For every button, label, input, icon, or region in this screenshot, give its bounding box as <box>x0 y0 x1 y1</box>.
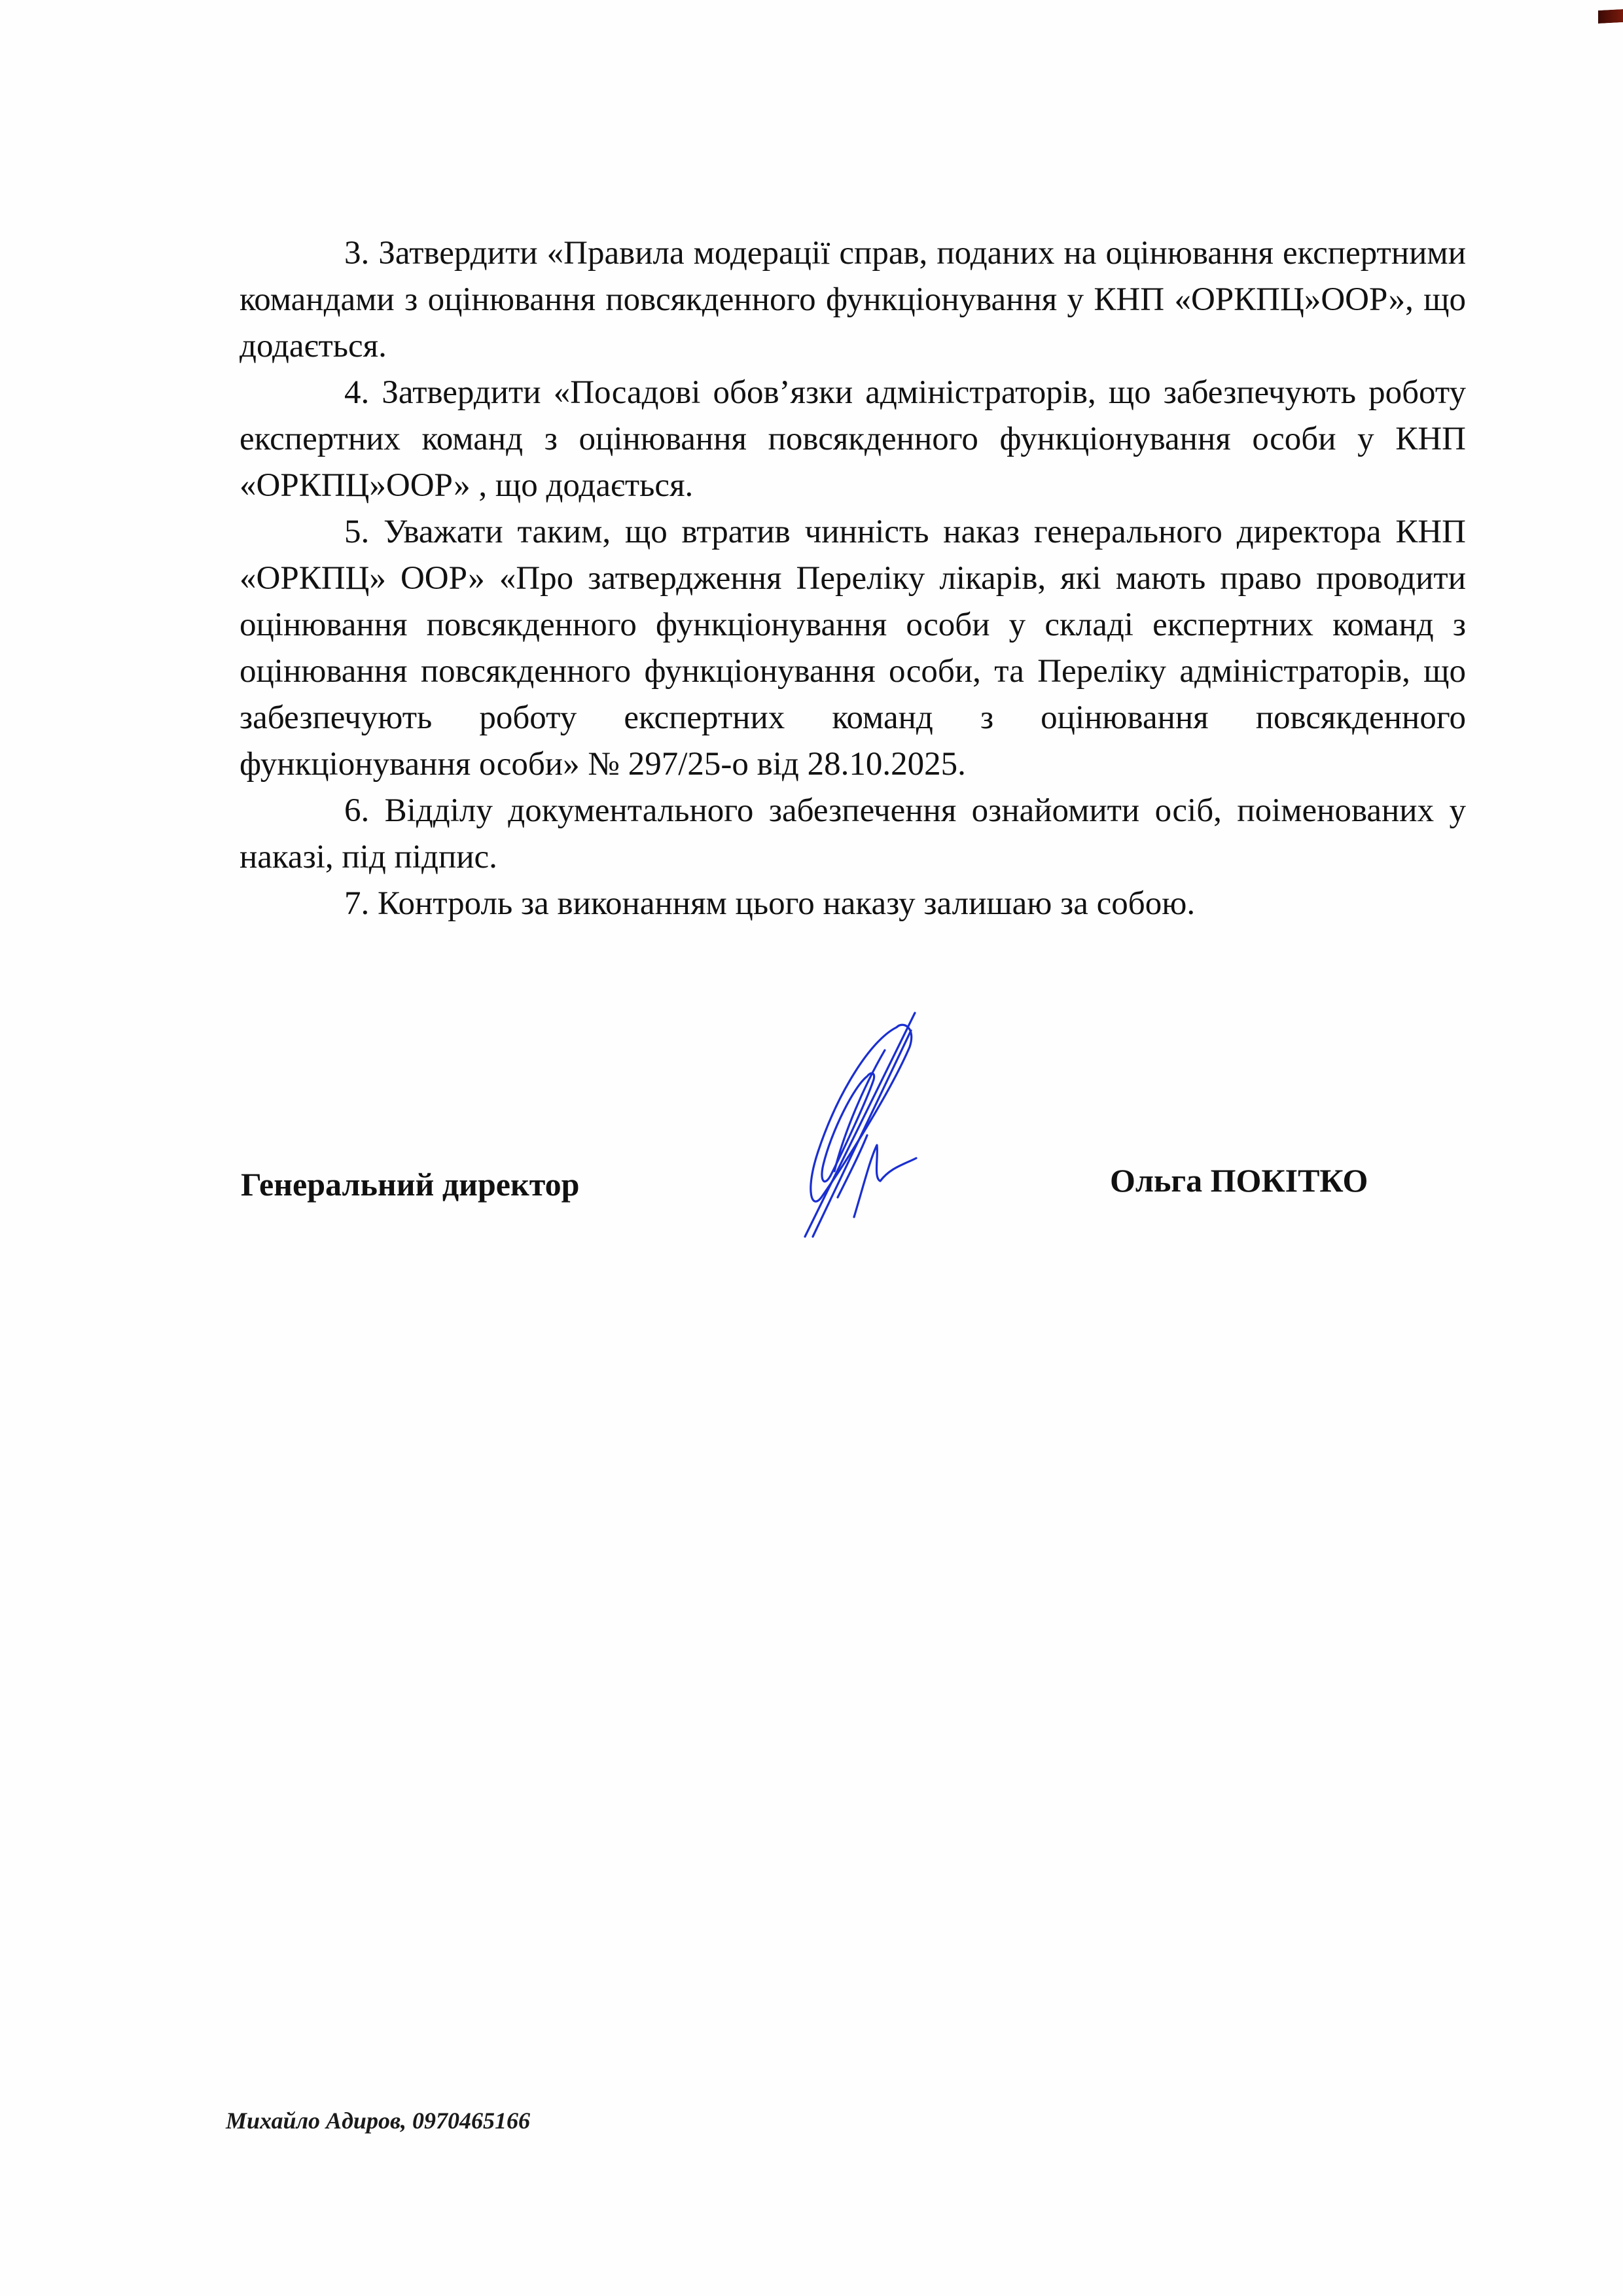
handwritten-signature-icon <box>740 1001 975 1256</box>
paragraph-3: 3. Затвердити «Правила модерації справ, … <box>240 230 1466 370</box>
order-body: 3. Затвердити «Правила модерації справ, … <box>240 230 1466 927</box>
signatory-name: Ольга ПОКІТКО <box>1110 1161 1368 1200</box>
scan-edge-mark <box>1598 9 1623 24</box>
paragraph-6: 6. Відділу документального забезпечення … <box>240 788 1466 881</box>
position-title: Генеральний директор <box>241 1165 579 1204</box>
paragraph-7: 7. Контроль за виконанням цього наказу з… <box>240 881 1466 927</box>
paragraph-4: 4. Затвердити «Посадові обов’язки адміні… <box>240 370 1466 509</box>
contact-note: Михайло Адиров, 0970465166 <box>226 2107 530 2134</box>
paragraph-5: 5. Уважати таким, що втратив чинність на… <box>240 509 1466 788</box>
document-page: 3. Затвердити «Правила модерації справ, … <box>0 0 1623 2296</box>
